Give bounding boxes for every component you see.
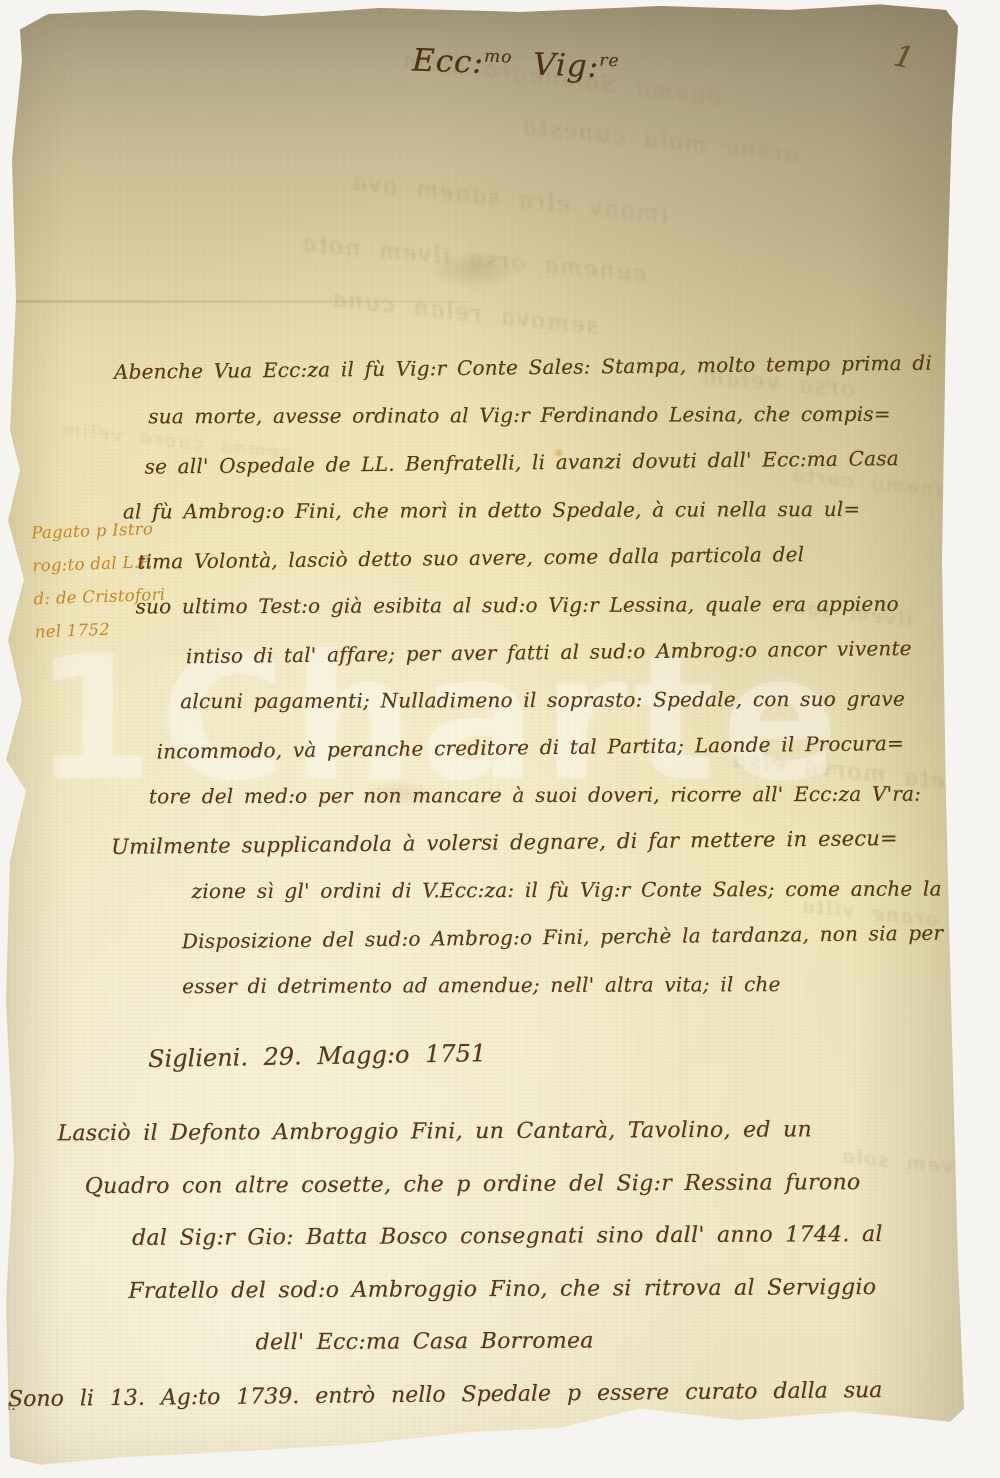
salutation-superscript: mo [484, 47, 513, 68]
manuscript-page: ouema Somnegro alem arsne mola cunesta i… [0, 0, 1000, 1478]
body-text-line: se all' Ospedale de LL. Benfratelli, li … [144, 434, 968, 491]
scan-background: ouema Somnegro alem arsne mola cunesta i… [0, 0, 1000, 1478]
body-text-line: alcuni pagamenti; Nulladimeno il soprast… [180, 675, 970, 725]
body-text-line: tima Volontà, lasciò detto suo avere, co… [137, 529, 969, 586]
body-text-line: esser di detrimento ad amendue; nell' al… [182, 960, 972, 1010]
postscript-line: dell' Ecc:ma Casa Borromea [255, 1313, 980, 1369]
postscript-line: Quadro con altre cosette, che p ordine d… [85, 1156, 980, 1213]
salutation-word: Ecc: [411, 42, 484, 80]
salutation-superscript: re [599, 51, 620, 72]
dateline: Siglieni. 29. Magg:o 1751 [148, 1039, 487, 1073]
postscript-line: Lasciò il Defonto Ambroggio Fini, un Can… [57, 1103, 979, 1160]
body-text-line: tore del med:o per non mancare à suoi do… [149, 770, 971, 820]
body-text-line: Abenche Vua Ecc:za il fù Vig:r Conte Sal… [114, 339, 968, 396]
salutation-word: Vig: [532, 47, 599, 85]
letter-salutation: Ecc:mo Vig:re [411, 42, 619, 85]
body-text-line: Umilmente supplicandola à volersi degnar… [111, 814, 971, 871]
body-text-line: al fù Ambrog:o Fini, che morì in detto S… [123, 485, 969, 535]
edge-annotation-mark: n. [2, 1398, 15, 1414]
top-discoloration-stain [430, 250, 520, 290]
postscript-note: Lasciò il Defonto Ambroggio Fini, un Can… [0, 1103, 981, 1371]
postscript-line: Fratello del sod:o Ambroggio Fino, che s… [128, 1261, 980, 1318]
body-text-line: Disposizione del sud:o Ambrog:o Fini, pe… [182, 909, 972, 965]
body-text-line: intiso di tal' affare; per aver fatti al… [186, 624, 970, 680]
body-text-line: zione sì gl' ordini di V.Ecc:za: il fù V… [191, 865, 971, 915]
postscript-line: dal Sig:r Gio: Batta Bosco consegnati si… [132, 1208, 980, 1265]
body-text-line: incommodo, và peranche creditore di tal … [156, 719, 970, 776]
fold-crease [15, 300, 470, 303]
body-text-line: suo ultimo Test:o già esibita al sud:o V… [135, 580, 969, 630]
letter-body: Abenche Vua Ecc:za il fù Vig:r Conte Sal… [108, 341, 973, 1012]
body-text-line: sua morte, avesse ordinato al Vig:r Ferd… [148, 390, 968, 440]
